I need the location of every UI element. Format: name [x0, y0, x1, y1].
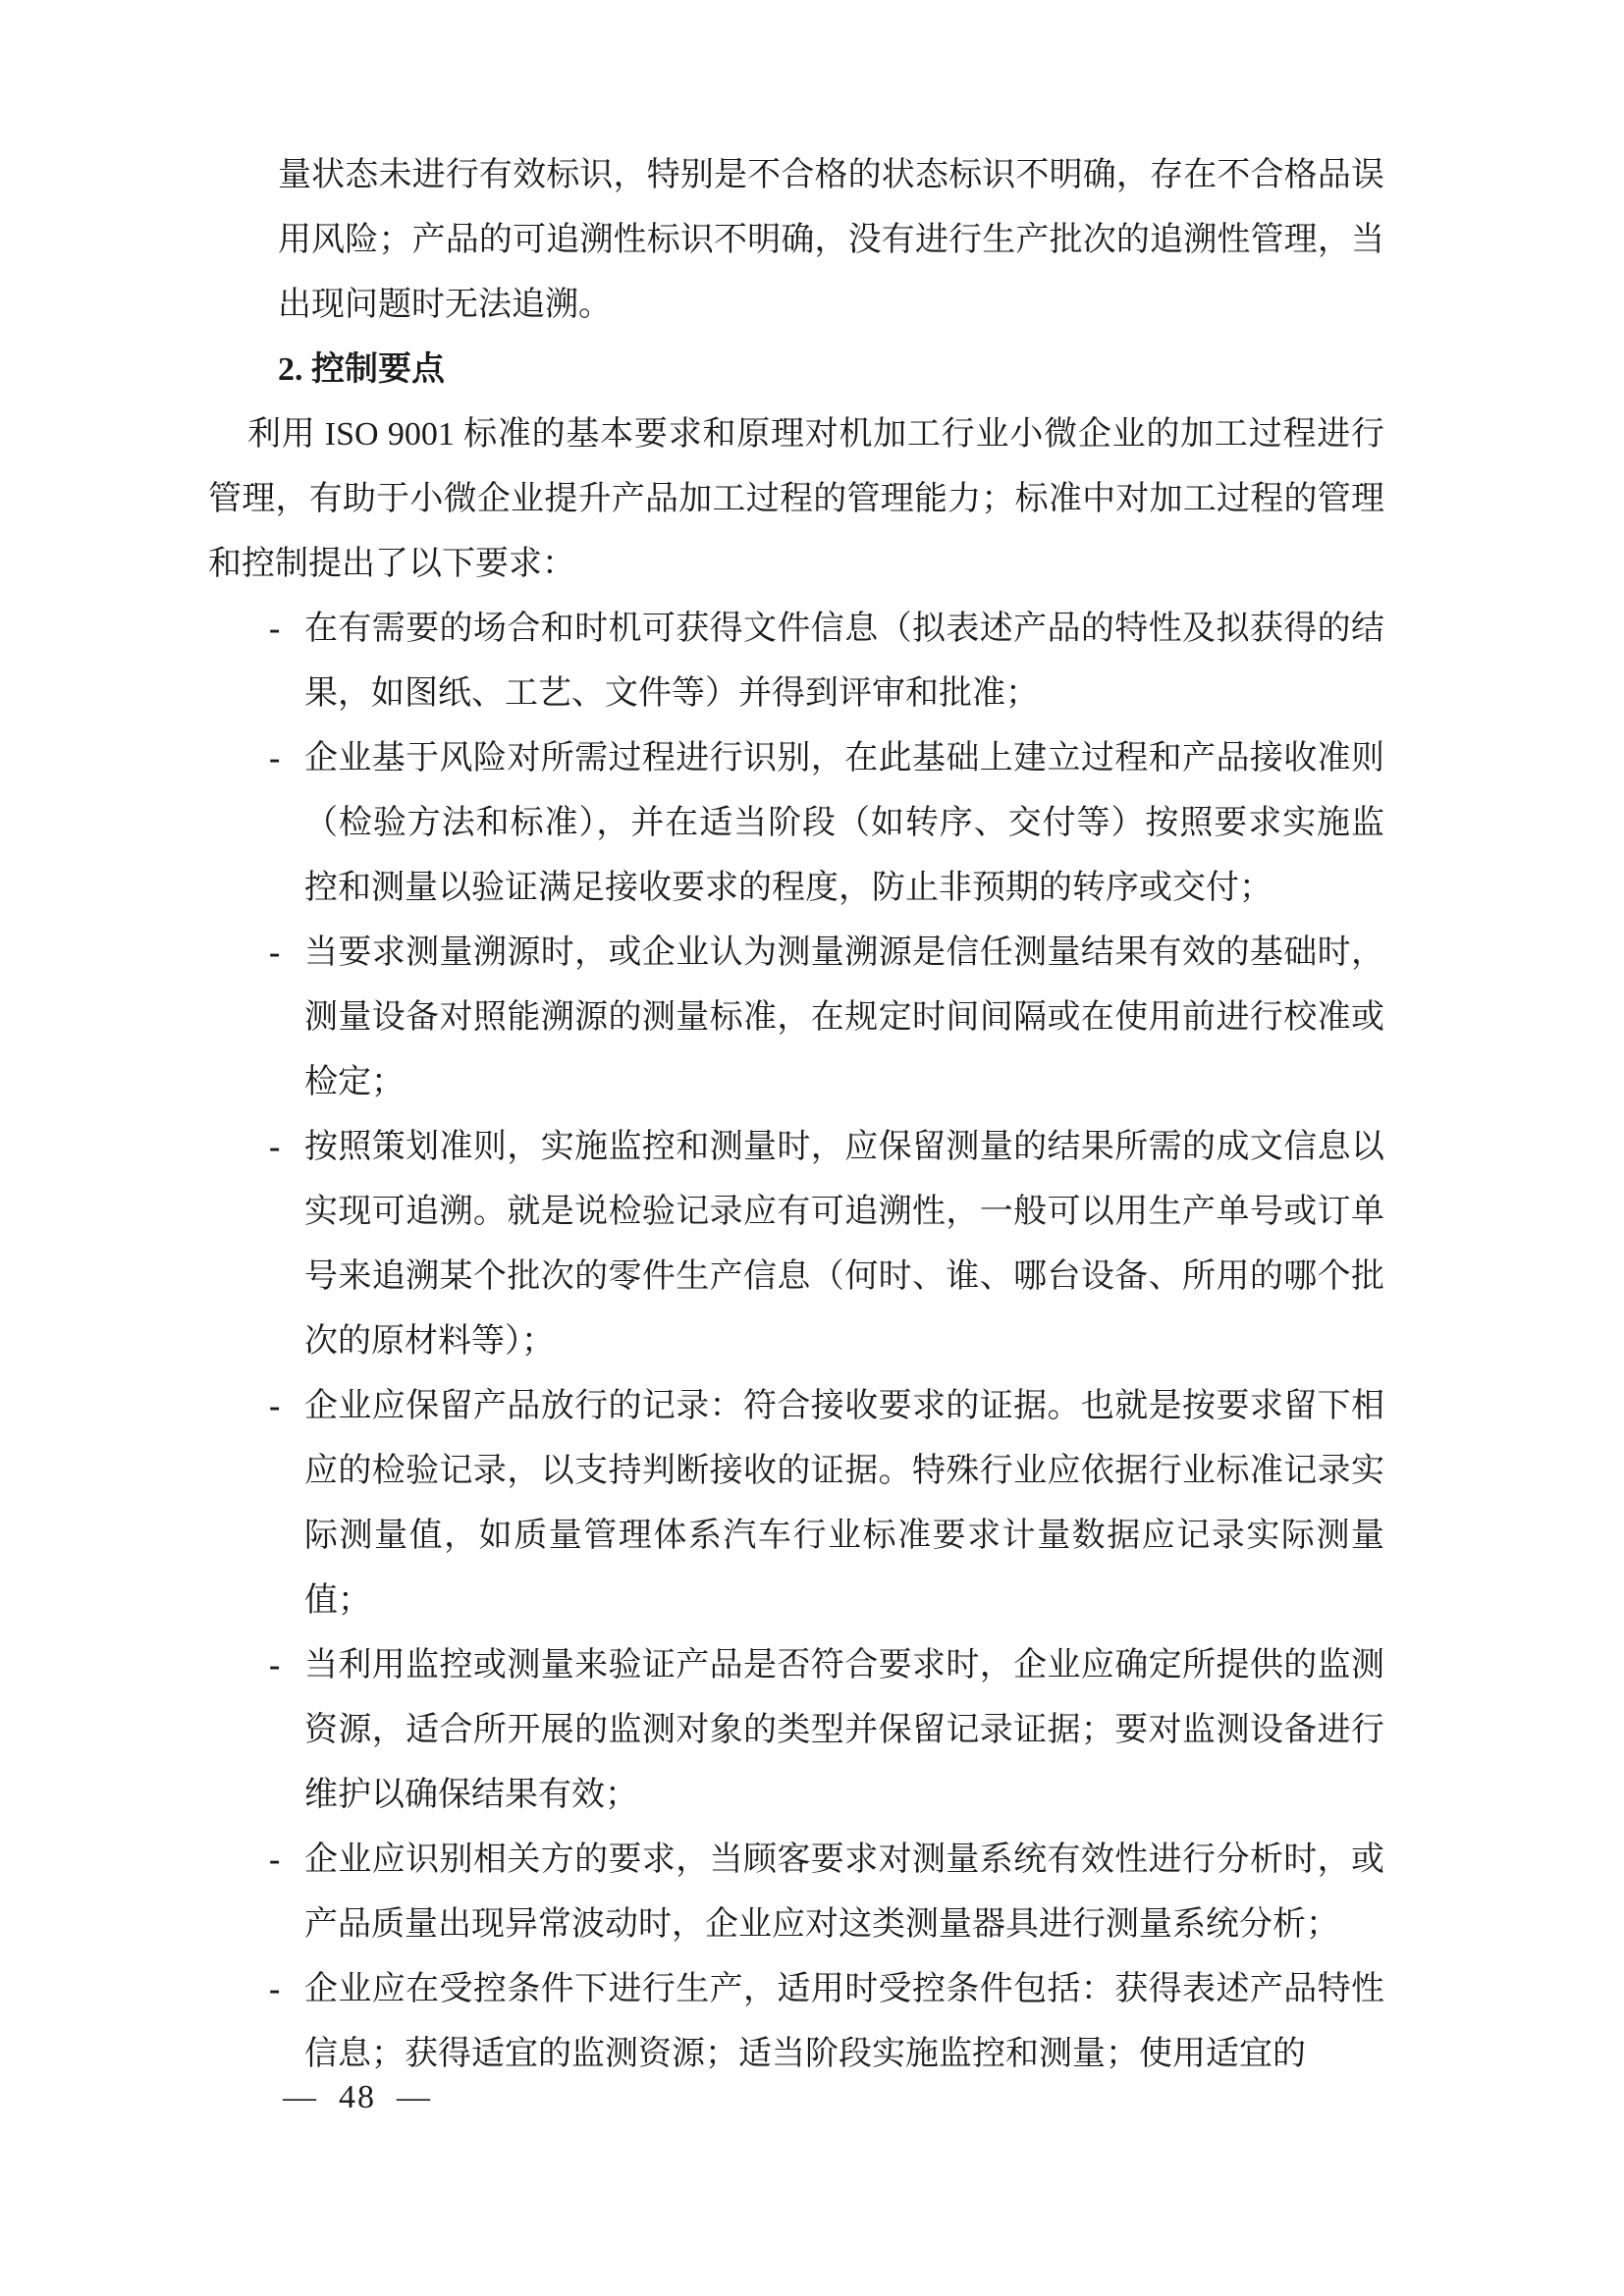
list-item: - 企业应保留产品放行的记录：符合接收要求的证据。也就是按要求留下相应的检验记录…: [208, 1374, 1384, 1633]
dash-bullet-icon: -: [269, 921, 280, 986]
dash-bullet-icon: -: [269, 1374, 280, 1439]
control-points-list: - 在有需要的场合和时机可获得文件信息（拟表述产品的特性及拟获得的结果，如图纸、…: [208, 597, 1384, 2087]
footer-dash-left: —: [283, 2079, 318, 2115]
list-item-text: 企业应识别相关方的要求，当顾客要求对测量系统有效性进行分析时，或产品质量出现异常…: [304, 1842, 1384, 1943]
footer-dash-right: —: [397, 2079, 432, 2115]
list-item-text: 企业基于风险对所需过程进行识别，在此基础上建立过程和产品接收准则（检验方法和标准…: [304, 740, 1384, 906]
list-item-text: 按照策划准则，实施监控和测量时，应保留测量的结果所需的成文信息以实现可追溯。就是…: [304, 1129, 1384, 1360]
list-item: - 企业应在受控条件下进行生产，适用时受控条件包括：获得表述产品特性信息；获得适…: [208, 1957, 1384, 2087]
dash-bullet-icon: -: [269, 1115, 280, 1180]
section-heading: 2. 控制要点: [278, 338, 1384, 402]
page-footer: — 48 —: [283, 2073, 432, 2122]
dash-bullet-icon: -: [269, 1828, 280, 1893]
dash-bullet-icon: -: [269, 1957, 280, 2022]
dash-bullet-icon: -: [269, 726, 280, 791]
list-item: - 当要求测量溯源时，或企业认为测量溯源是信任测量结果有效的基础时，测量设备对照…: [208, 921, 1384, 1115]
list-item: - 企业应识别相关方的要求，当顾客要求对测量系统有效性进行分析时，或产品质量出现…: [208, 1828, 1384, 1957]
dash-bullet-icon: -: [269, 597, 280, 662]
page-number: 48: [339, 2079, 376, 2115]
page-body: 量状态未进行有效标识，特别是不合格的状态标识不明确，存在不合格品误用风险；产品的…: [208, 143, 1384, 2087]
list-item: - 企业基于风险对所需过程进行识别，在此基础上建立过程和产品接收准则（检验方法和…: [208, 726, 1384, 921]
list-item: - 按照策划准则，实施监控和测量时，应保留测量的结果所需的成文信息以实现可追溯。…: [208, 1115, 1384, 1374]
document-page: 量状态未进行有效标识，特别是不合格的状态标识不明确，存在不合格品误用风险；产品的…: [0, 0, 1624, 2296]
list-item-text: 企业应保留产品放行的记录：符合接收要求的证据。也就是按要求留下相应的检验记录，以…: [304, 1388, 1384, 1619]
list-item-text: 在有需要的场合和时机可获得文件信息（拟表述产品的特性及拟获得的结果，如图纸、工艺…: [304, 611, 1384, 712]
list-item-text: 当利用监控或测量来验证产品是否符合要求时，企业应确定所提供的监测资源，适合所开展…: [304, 1647, 1384, 1813]
intro-paragraph: 利用 ISO 9001 标准的基本要求和原理对机加工行业小微企业的加工过程进行管…: [208, 402, 1384, 597]
list-item-text: 企业应在受控条件下进行生产，适用时受控条件包括：获得表述产品特性信息；获得适宜的…: [304, 1971, 1384, 2072]
list-item: - 当利用监控或测量来验证产品是否符合要求时，企业应确定所提供的监测资源，适合所…: [208, 1633, 1384, 1828]
list-item-text: 当要求测量溯源时，或企业认为测量溯源是信任测量结果有效的基础时，测量设备对照能溯…: [304, 934, 1384, 1100]
dash-bullet-icon: -: [269, 1633, 280, 1698]
list-item: - 在有需要的场合和时机可获得文件信息（拟表述产品的特性及拟获得的结果，如图纸、…: [208, 597, 1384, 726]
continuation-paragraph: 量状态未进行有效标识，特别是不合格的状态标识不明确，存在不合格品误用风险；产品的…: [278, 143, 1384, 338]
